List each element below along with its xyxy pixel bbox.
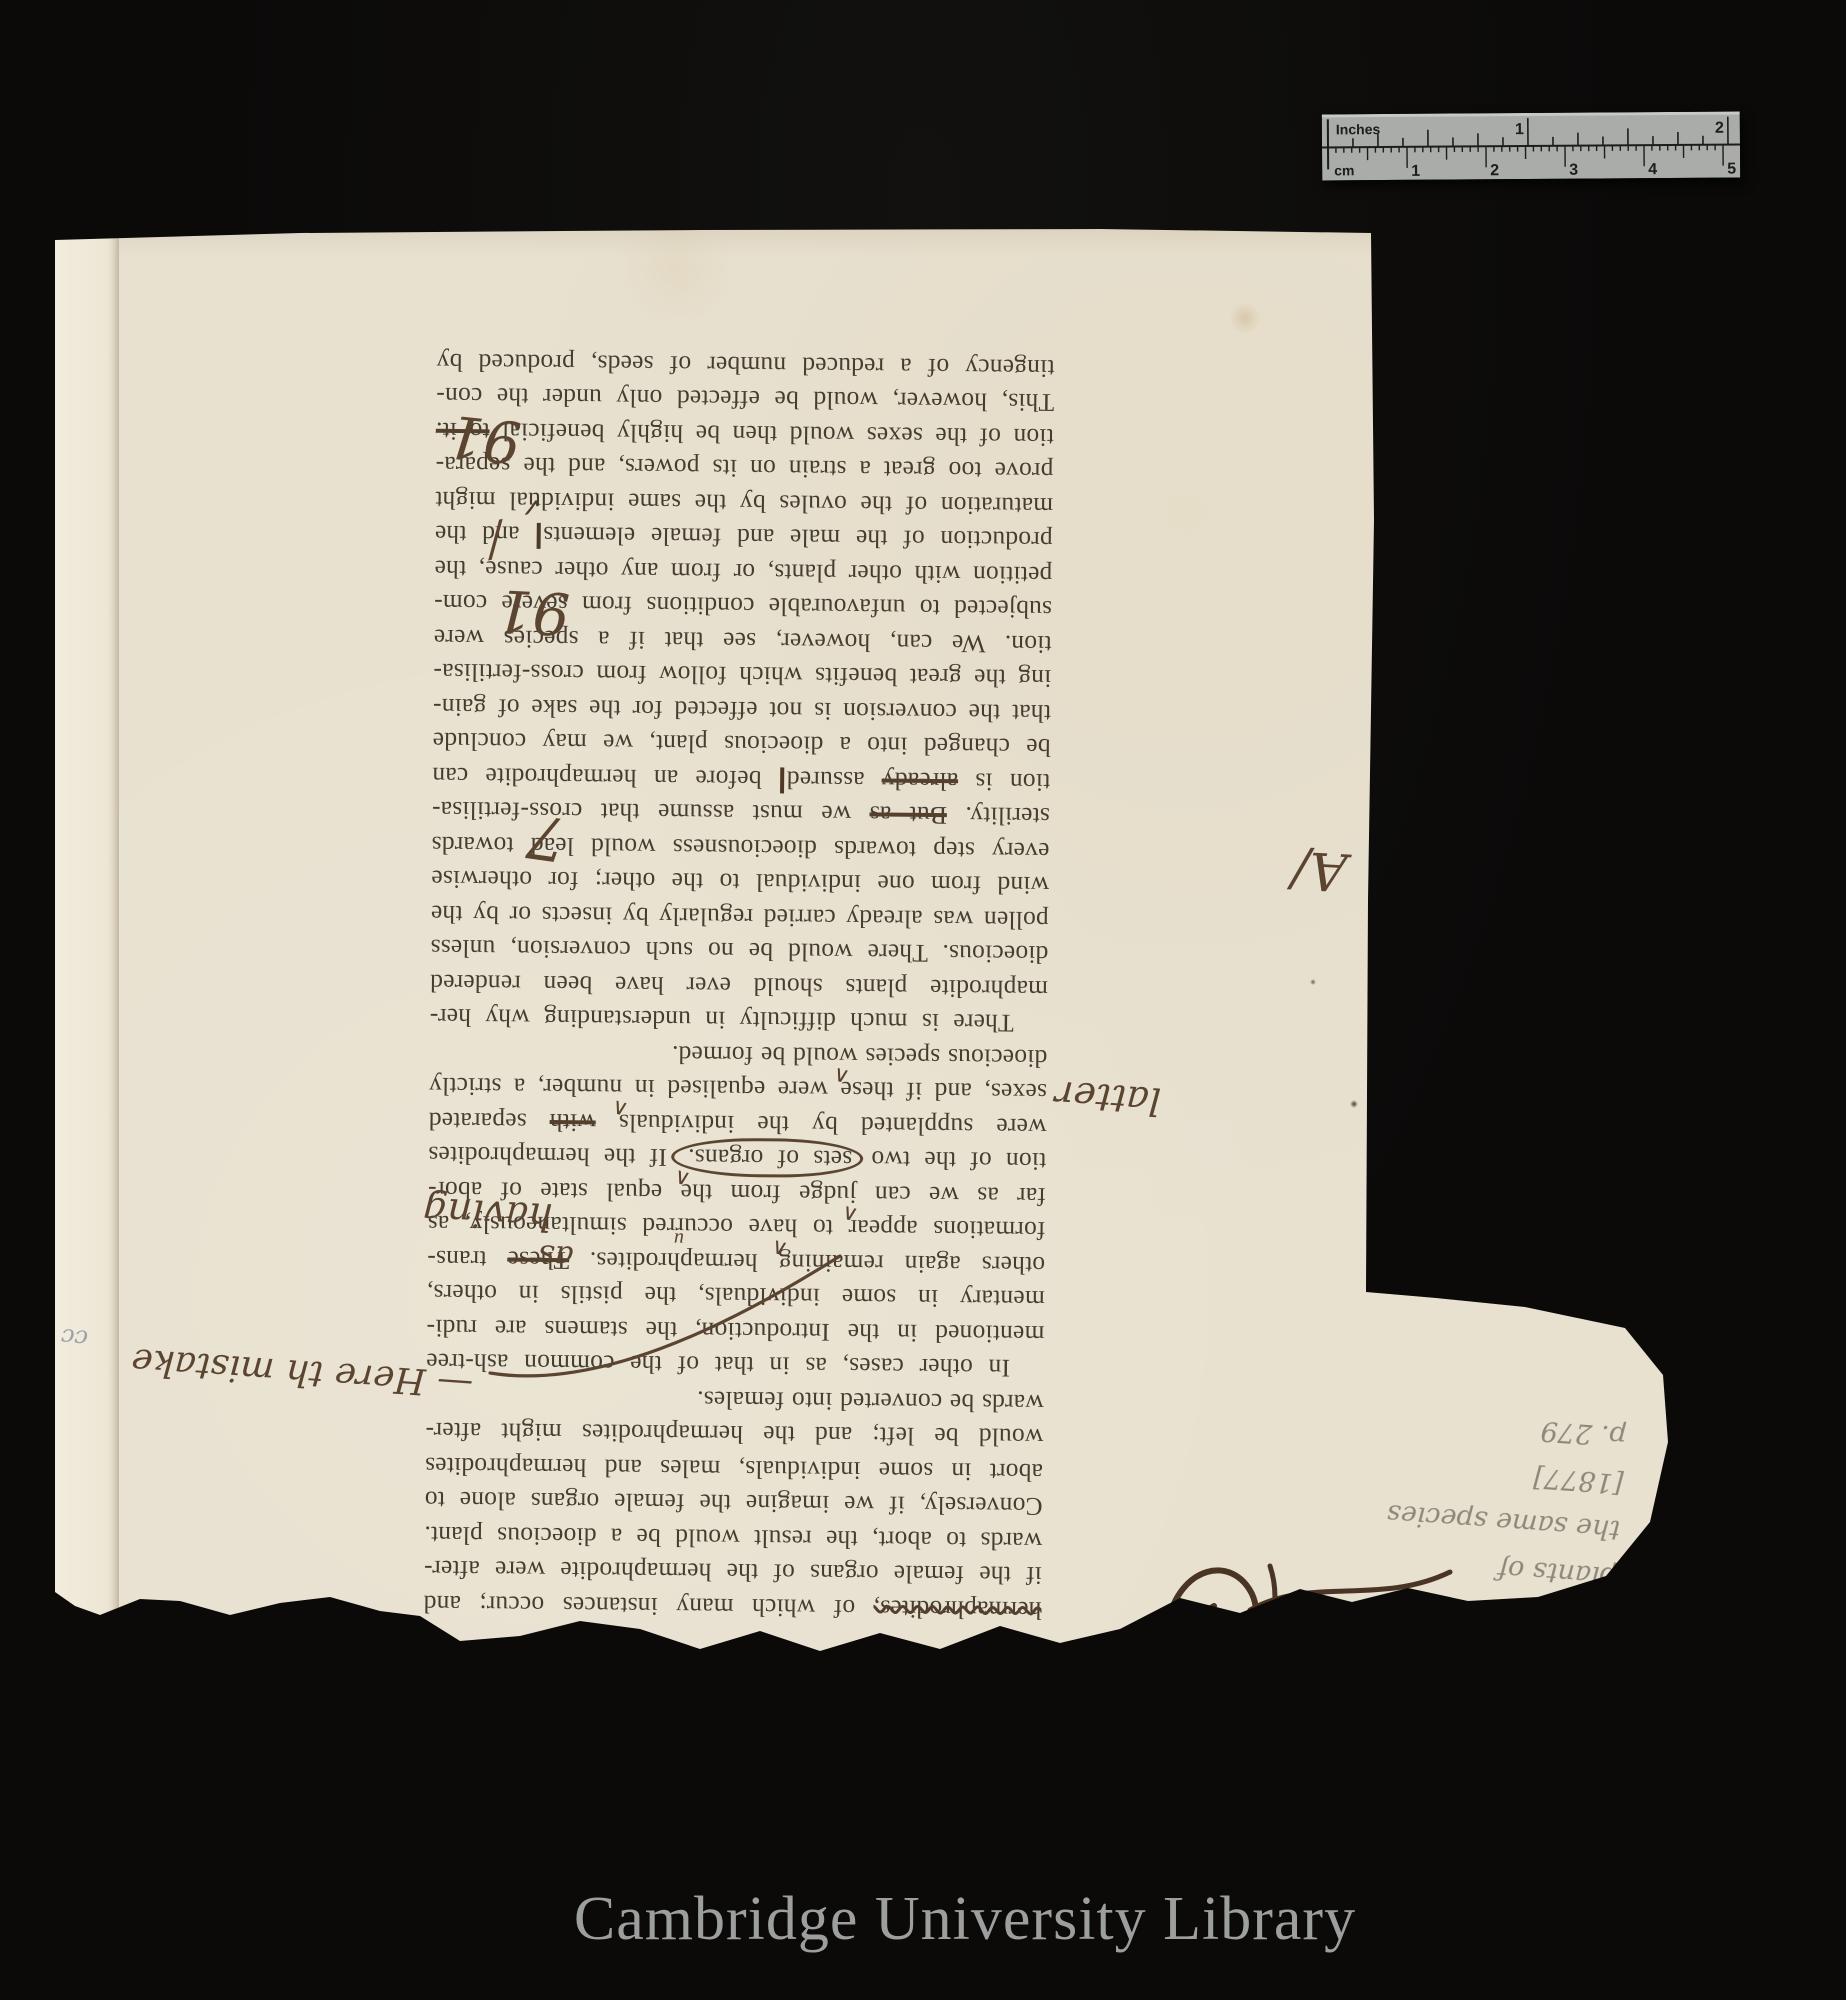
margin-mark-a: A/ [1290, 839, 1348, 902]
printed-line: hermaphrodites, of which many instances … [423, 1586, 1041, 1627]
margin-numeral-91-lower: 91 [494, 576, 571, 648]
printed-line: tingency of a reduced number of seeds, p… [436, 344, 1054, 385]
margin-numeral-91-upper: 91 [444, 401, 525, 476]
ruler-cm-number: 4 [1648, 161, 1657, 178]
margin-word-latter: latter [1054, 1072, 1163, 1123]
printed-line: maphrodite plants should ever have been … [430, 965, 1048, 1006]
printed-line: prove too great a strain on its powers, … [435, 448, 1053, 489]
printed-line: Conversely, if we imagine the female org… [424, 1483, 1042, 1524]
ruler-cm-number: 5 [1727, 161, 1736, 178]
ink-bar-mark [780, 767, 784, 793]
page-stub-edge [55, 228, 119, 1654]
stub-scribble: cc [60, 1323, 89, 1353]
printed-line: There is much difficulty in understandin… [429, 1000, 1047, 1041]
printed-line: wards to abort, the result would be a di… [424, 1517, 1042, 1558]
printed-line: tion of the sexes would then be highly b… [436, 413, 1054, 454]
ruler-cm-label: cm [1334, 162, 1354, 178]
printed-line: if the female organs of the hermaphrodit… [424, 1552, 1042, 1593]
printed-line: tion is already assured before an hermap… [432, 758, 1050, 799]
ruler-cm-number: 3 [1569, 162, 1578, 179]
printed-line: This, however, would be effected only un… [436, 379, 1054, 420]
printed-line: sexes, and if these∧ were equalised in n… [429, 1069, 1047, 1110]
printed-line: tion of the two sets of organs. If the h… [428, 1138, 1046, 1179]
ruler-inch-number: 1 [1515, 121, 1524, 138]
pencil-citation-line: of flowers on plants of [1372, 1537, 1618, 1648]
ruler-cm-number: 2 [1490, 162, 1499, 179]
printed-line: dioecious. There would be no such conver… [430, 931, 1048, 972]
document-page: hermaphrodites, of which many instances … [55, 228, 1671, 1654]
ruler-scale: Inches12cm12345 [1322, 112, 1740, 181]
pencil-citation: The different formsof flowers on plants … [1366, 1396, 1628, 1741]
printed-text-block: hermaphrodites, of which many instances … [423, 344, 1054, 1627]
printed-line: would be left; and the hermaphrodites mi… [425, 1414, 1043, 1455]
printed-line: maturation of the ovules by the same ind… [435, 482, 1053, 523]
measurement-ruler: Inches12cm12345 [1322, 112, 1740, 181]
ink-bar-mark [537, 523, 541, 549]
printed-line: be changed into a dioecious plant, we ma… [432, 724, 1050, 765]
ruler-inch-number: 2 [1715, 120, 1724, 137]
photograph-background: Inches12cm12345 hermaphrodites, of which… [0, 0, 1846, 2000]
ink-caret-mark: ∧ [686, 1168, 692, 1192]
printed-line: abort in some individuals, males and her… [425, 1448, 1043, 1489]
ruler-inches-label: Inches [1336, 121, 1381, 137]
ruler-cm-number: 1 [1411, 163, 1420, 180]
margin-word-having: having [422, 1189, 554, 1240]
printed-line: pollen was already carried regularly by … [431, 896, 1049, 937]
pencil-citation-line: The different forms [1366, 1630, 1612, 1741]
printed-line: sterility. But as we must assume that cr… [432, 793, 1050, 834]
margin-note-here: — Here th mistake [130, 1340, 474, 1405]
margin-word-as: as [537, 1237, 574, 1277]
printed-line: ing the great benefits which follow from… [433, 655, 1051, 696]
printed-line: that the conversion is not effected for … [433, 689, 1051, 730]
printed-line: production of the male and female elemen… [435, 517, 1053, 558]
printed-line: were supplanted by the individuals∧ with… [428, 1103, 1046, 1144]
pencil-citation-line: the same species [1877] [1379, 1443, 1625, 1554]
library-watermark: Cambridge University Library [42, 1884, 1846, 1955]
